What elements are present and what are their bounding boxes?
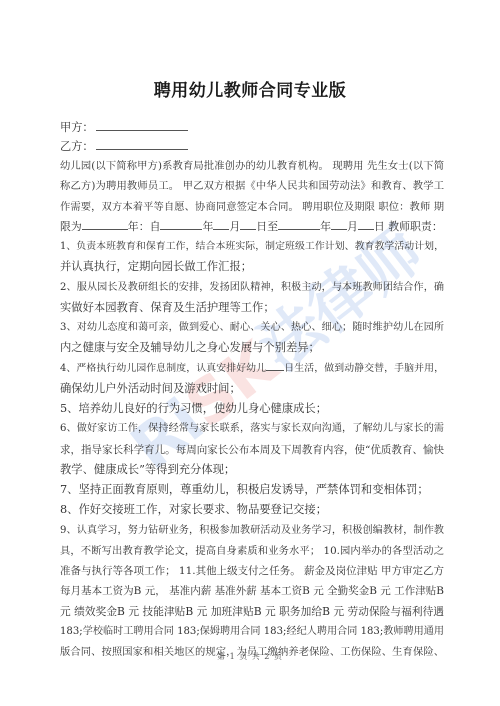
blank-end-month bbox=[331, 218, 347, 230]
party-a-field: 甲方： bbox=[60, 119, 188, 135]
contract-body: 幼儿园(以下简称甲方)系教育局批准创办的幼儿教育机构。 现聘用 先生女士(以下简… bbox=[60, 156, 444, 662]
document-title: 聘用幼儿教师合同专业版 bbox=[0, 76, 500, 101]
document-page: RiSK法律师 聘用幼儿教师合同专业版 甲方： 乙方： 幼儿园(以下简称甲方)系… bbox=[0, 0, 500, 706]
body-line: 1、负责本班教育和保育工作，结合本班实际，制定班级工作计划、教育教学活动计划， bbox=[60, 237, 444, 257]
body-line: 2、服从园长及教研组长的安排，发扬团队精神，积极主动，与本班教师团结合作，确 bbox=[60, 278, 444, 298]
body-line: 每月基本工资为B 元， 基准内薪 基准外薪 基本工资B 元 全勤奖金B 元 工作… bbox=[60, 581, 444, 601]
body-line: 3、对幼儿态度和蔼可亲，做到爱心、耐心、关心、热心、细心；随时维护幼儿在园所 bbox=[60, 318, 444, 338]
party-b-blank bbox=[96, 139, 188, 150]
term-text: 月 bbox=[229, 220, 240, 233]
duty-4-after: 日生活，做到动静交替，手脑并用， bbox=[284, 363, 444, 374]
body-line: 称乙方)为聘用教师员工。 甲乙双方根据《中华人民共和国劳动法》和教育、教学工 bbox=[60, 176, 444, 196]
body-line: 具，不断写出教育教学论文，提高自身素质和业务水平； 10.园内举办的各型活动之 bbox=[60, 541, 444, 561]
term-text: 日至 bbox=[256, 220, 278, 233]
body-line: 求，指导家长科学育儿。每周向家长公布本周及下周教育内容，使“优质教育、愉快 bbox=[60, 440, 444, 460]
body-line: 幼儿园(以下简称甲方)系教育局批准创办的幼儿教育机构。 现聘用 先生女士(以下简 bbox=[60, 156, 444, 176]
party-a-blank bbox=[96, 120, 188, 131]
party-b-label: 乙方： bbox=[60, 140, 94, 153]
term-text: 日 教师职责： bbox=[374, 220, 443, 233]
body-line: 8、作好交接班工作，对家长要求、物品要登记交接； bbox=[60, 500, 444, 520]
term-line: 限为年：自年月日至年月日 教师职责： bbox=[60, 217, 444, 237]
term-text: 月 bbox=[347, 220, 358, 233]
blank-daily bbox=[266, 359, 284, 371]
blank-start-day bbox=[240, 218, 256, 230]
body-line: 作需要，双方本着平等自愿、协商同意签定本合同。 聘用职位及期限 职位：教师 期 bbox=[60, 197, 444, 217]
page-footer: 第 1 页 共 2 页 bbox=[0, 651, 500, 662]
term-text: 年 bbox=[320, 220, 331, 233]
term-text: 年：自 bbox=[128, 220, 161, 233]
term-text: 限为 bbox=[60, 220, 82, 233]
body-line: 9、认真学习，努力钻研业务，积极参加教研活动及业务学习，积极创编教材，制作教 bbox=[60, 521, 444, 541]
party-a-label: 甲方： bbox=[60, 121, 94, 134]
body-line: 确保幼儿户外活动时间及游戏时间； bbox=[60, 379, 444, 399]
body-line: 教学、健康成长”等得到充分体现； bbox=[60, 460, 444, 480]
body-line: 内之健康与安全及辅导幼儿之身心发展与个别差异； bbox=[60, 338, 444, 358]
blank-end-year bbox=[278, 218, 320, 230]
blank-years bbox=[82, 218, 128, 230]
body-line: 并认真执行，定期向园长做工作汇报； bbox=[60, 257, 444, 277]
body-line: 183;学校临时工聘用合同 183;保姆聘用合同 183;经纪人聘用合同 183… bbox=[60, 622, 444, 642]
body-line: 准备与执行等各项工作； 11.其他上级支付之任务。 薪金及岗位津贴 甲方审定乙方 bbox=[60, 561, 444, 581]
body-line: 6、做好家访工作，保持经常与家长联系，落实与家长双向沟通，了解幼儿与家长的需 bbox=[60, 419, 444, 439]
body-line: 实做好本园教育、保育及生活护理等工作； bbox=[60, 298, 444, 318]
body-line: 7、坚持正面教育原则，尊重幼儿，积极启发诱导，严禁体罚和变相体罚； bbox=[60, 480, 444, 500]
blank-end-day bbox=[358, 218, 374, 230]
body-line: 5、培养幼儿良好的行为习惯，使幼儿身心健康成长； bbox=[60, 399, 444, 419]
blank-start-year bbox=[160, 218, 202, 230]
duty-4-line: 4、严格执行幼儿园作息制度，认真安排好幼儿日生活，做到动静交替，手脑并用， bbox=[60, 359, 444, 379]
party-b-field: 乙方： bbox=[60, 138, 188, 154]
blank-start-month bbox=[213, 218, 229, 230]
body-line: 元 绩效奖金B 元 技能津贴B 元 加班津贴B 元 职务加给B 元 劳动保险与福… bbox=[60, 602, 444, 622]
duty-4-before: 4、严格执行幼儿园作息制度，认真安排好幼儿 bbox=[60, 363, 266, 374]
term-text: 年 bbox=[202, 220, 213, 233]
